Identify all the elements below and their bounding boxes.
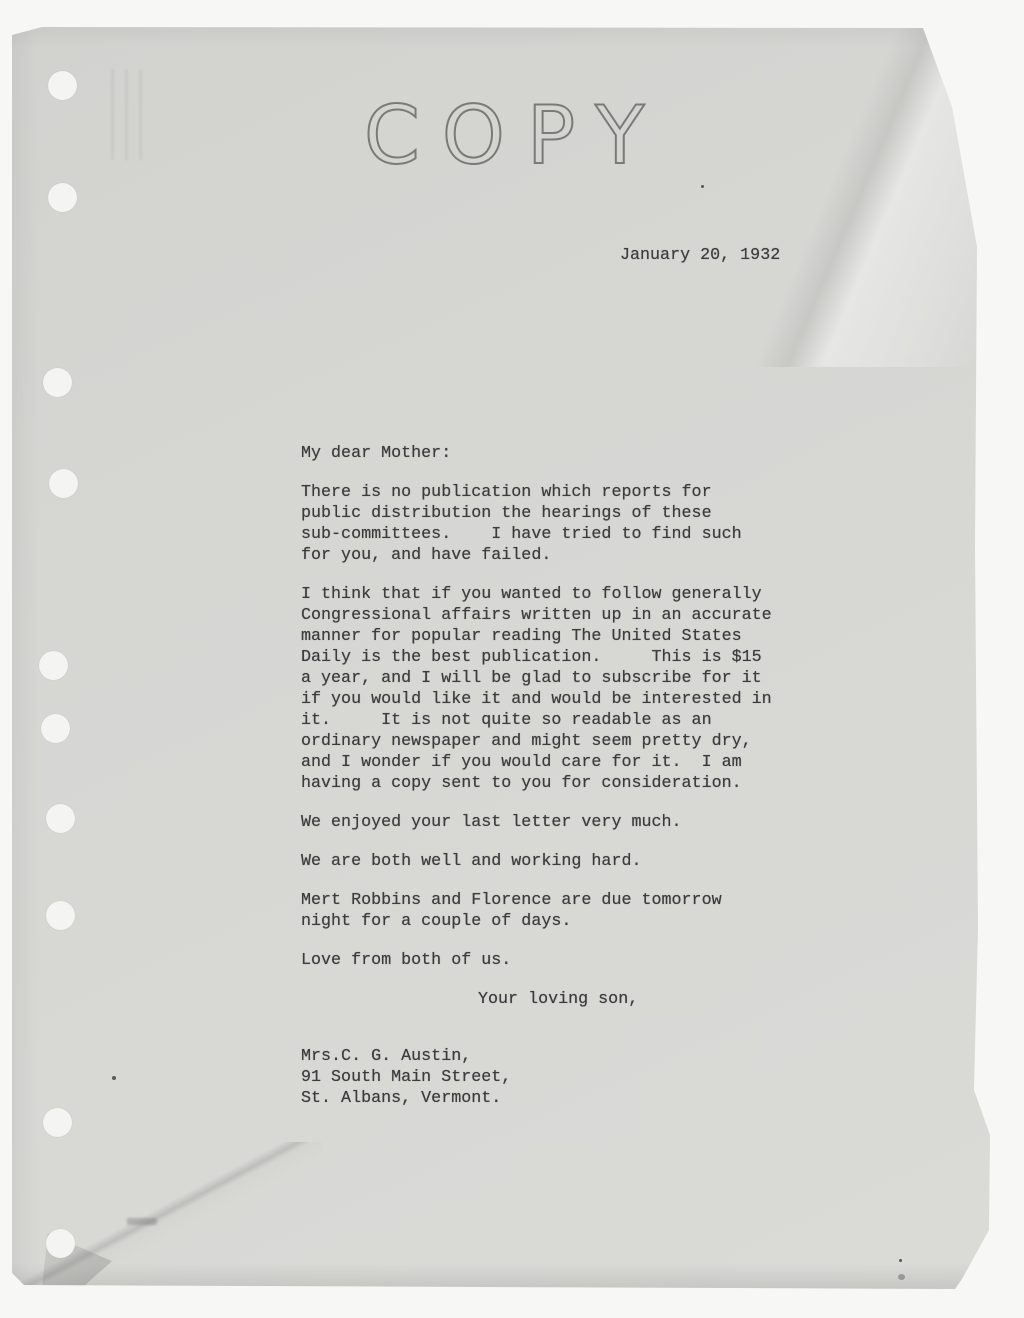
copy-stamp: COPY xyxy=(364,89,666,182)
letter-date: January 20, 1932 xyxy=(620,246,780,265)
punch-hole xyxy=(46,804,75,833)
scan-streaks xyxy=(105,70,147,160)
paragraph: We are both well and working hard. xyxy=(301,851,821,872)
punch-hole xyxy=(46,901,75,930)
top-right-fold-shadow xyxy=(752,27,990,367)
punch-hole xyxy=(48,71,77,100)
scan-speck xyxy=(898,1274,905,1280)
salutation: My dear Mother: xyxy=(301,443,821,464)
paragraph: I think that if you wanted to follow gen… xyxy=(301,584,821,794)
punch-hole xyxy=(48,183,77,212)
punch-hole xyxy=(39,651,68,680)
punch-hole xyxy=(49,469,78,498)
recipient-address: Mrs.C. G. Austin, 91 South Main Street, … xyxy=(301,1046,821,1109)
paragraph: We enjoyed your last letter very much. xyxy=(301,812,821,833)
paragraph: Mert Robbins and Florence are due tomorr… xyxy=(301,890,821,932)
punch-hole xyxy=(41,714,70,743)
paragraph: Love from both of us. xyxy=(301,950,821,971)
scan-speck xyxy=(899,1259,902,1262)
letter-body: My dear Mother: There is no publication … xyxy=(301,443,821,1109)
paper-sheet: COPY January 20, 1932 My dear Mother: Th… xyxy=(12,27,990,1289)
scanned-letter-page: COPY January 20, 1932 My dear Mother: Th… xyxy=(0,0,1024,1318)
punch-hole xyxy=(43,368,72,397)
scan-speck xyxy=(701,185,704,188)
punch-hole xyxy=(46,1229,75,1258)
paragraph: There is no publication which reports fo… xyxy=(301,482,821,566)
scan-speck xyxy=(112,1076,116,1080)
scan-smudge xyxy=(127,1218,157,1225)
punch-hole xyxy=(43,1108,72,1137)
bottom-left-crease xyxy=(12,1142,322,1289)
closing-signature: Your loving son, xyxy=(478,989,821,1010)
